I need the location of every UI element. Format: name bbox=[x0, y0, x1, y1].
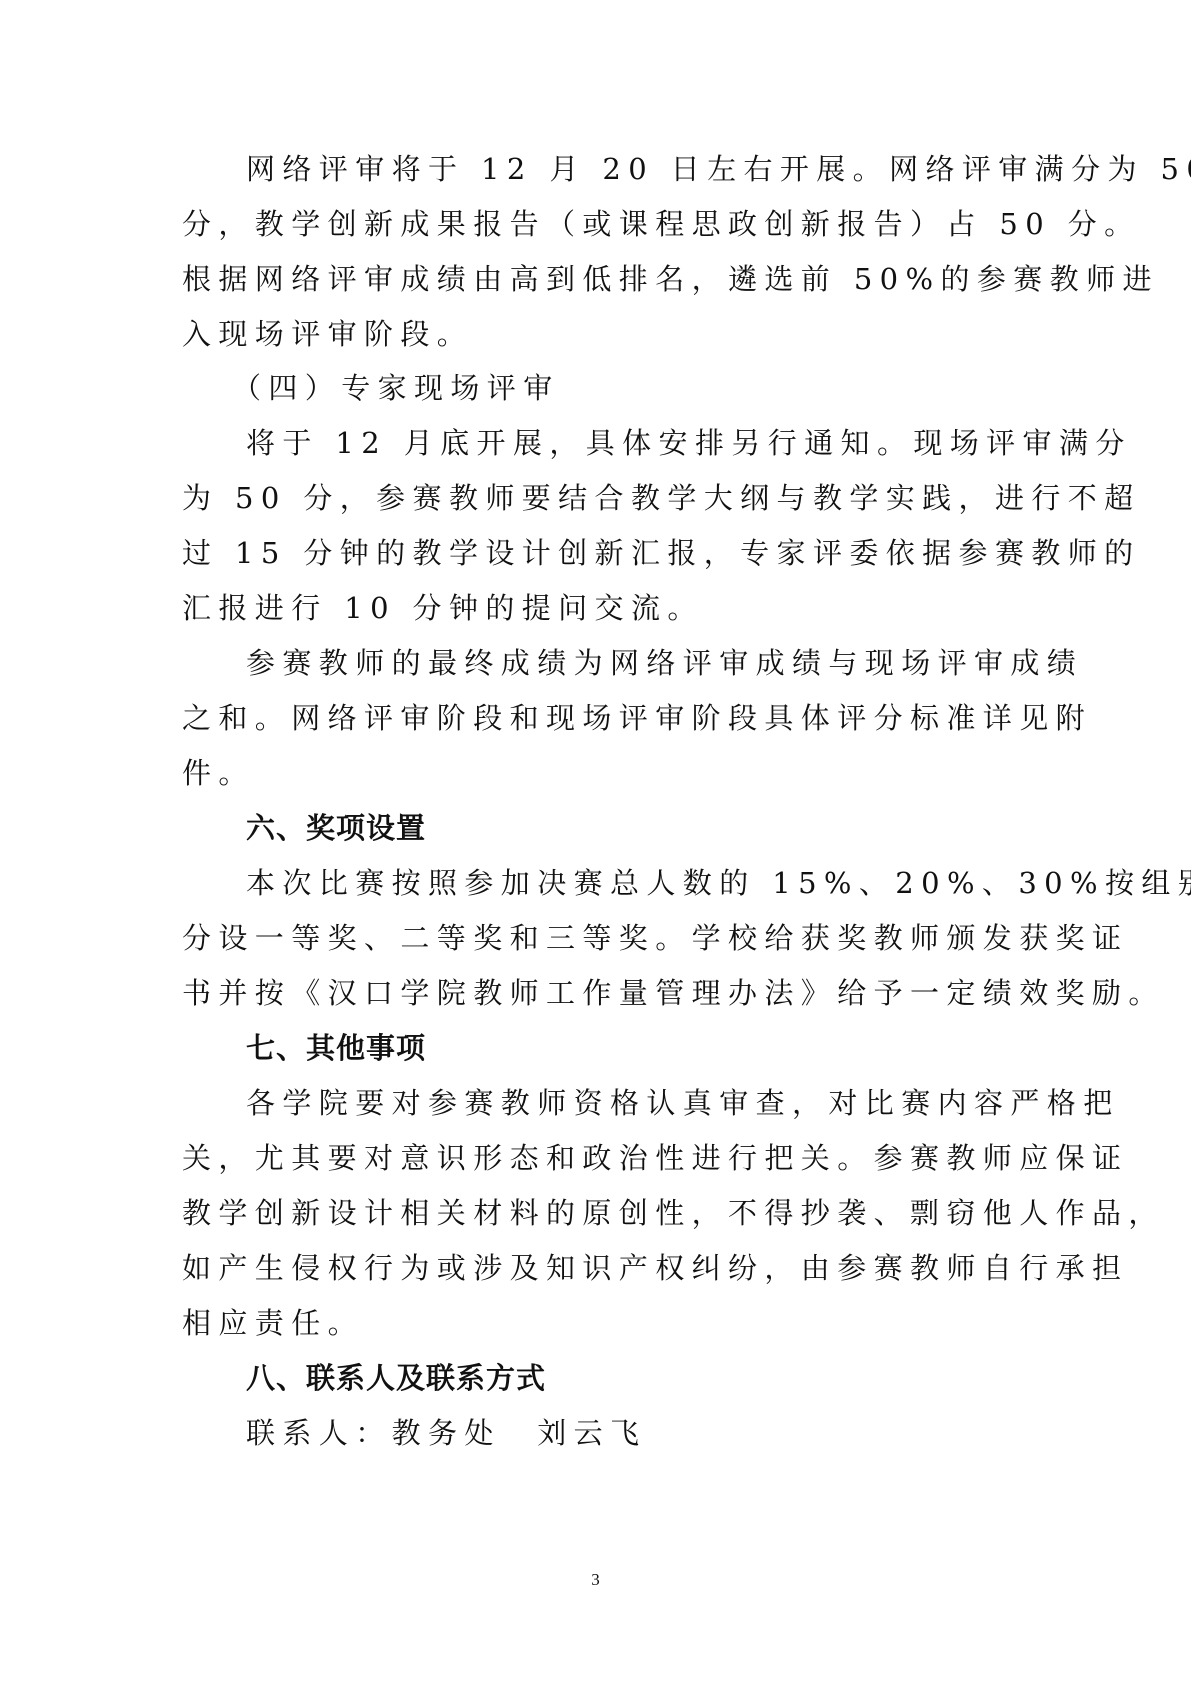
section-heading-other-matters: 七、其他事项 bbox=[246, 1028, 1076, 1068]
section-heading-awards: 六、奖项设置 bbox=[246, 808, 1076, 848]
paragraph-other-matters-line-3: 教学创新设计相关材料的原创性，不得抄袭、剽窃他人作品， bbox=[182, 1193, 1012, 1233]
document-page: 网络评审将于 12 月 20 日左右开展。网络评审满分为 50 分，教学创新成果… bbox=[0, 0, 1191, 1684]
paragraph-onsite-review-line-4: 汇报进行 10 分钟的提问交流。 bbox=[182, 588, 1012, 628]
paragraph-other-matters-line-1: 各学院要对参赛教师资格认真审查，对比赛内容严格把 bbox=[246, 1083, 1076, 1123]
paragraph-awards-line-3: 书并按《汉口学院教师工作量管理办法》给予一定绩效奖励。 bbox=[182, 973, 1012, 1013]
paragraph-network-review-line-3: 根据网络评审成绩由高到低排名，遴选前 50%的参赛教师进 bbox=[182, 259, 1012, 299]
paragraph-other-matters-line-4: 如产生侵权行为或涉及知识产权纠纷，由参赛教师自行承担 bbox=[182, 1248, 1012, 1288]
paragraph-awards-line-1: 本次比赛按照参加决赛总人数的 15%、20%、30%按组别 bbox=[246, 863, 1076, 903]
paragraph-other-matters-line-5: 相应责任。 bbox=[182, 1303, 1012, 1343]
paragraph-final-score-line-1: 参赛教师的最终成绩为网络评审成绩与现场评审成绩 bbox=[246, 643, 1076, 683]
contact-person-line: 联系人：教务处 刘云飞 bbox=[246, 1413, 1076, 1453]
paragraph-onsite-review-line-2: 为 50 分，参赛教师要结合教学大纲与教学实践，进行不超 bbox=[182, 478, 1012, 518]
subheading-expert-onsite-review: （四）专家现场评审 bbox=[232, 368, 1062, 408]
page-number: 3 bbox=[0, 1570, 1191, 1590]
paragraph-final-score-line-3: 件。 bbox=[182, 753, 1012, 793]
paragraph-onsite-review-line-3: 过 15 分钟的教学设计创新汇报，专家评委依据参赛教师的 bbox=[182, 533, 1012, 573]
paragraph-other-matters-line-2: 关，尤其要对意识形态和政治性进行把关。参赛教师应保证 bbox=[182, 1138, 1012, 1178]
paragraph-network-review-line-4: 入现场评审阶段。 bbox=[182, 314, 1012, 354]
paragraph-network-review-line-2: 分，教学创新成果报告（或课程思政创新报告）占 50 分。 bbox=[182, 204, 1012, 244]
paragraph-final-score-line-2: 之和。网络评审阶段和现场评审阶段具体评分标准详见附 bbox=[182, 698, 1012, 738]
paragraph-network-review-line-1: 网络评审将于 12 月 20 日左右开展。网络评审满分为 50 bbox=[246, 149, 1076, 189]
section-heading-contact: 八、联系人及联系方式 bbox=[246, 1358, 1076, 1398]
paragraph-awards-line-2: 分设一等奖、二等奖和三等奖。学校给获奖教师颁发获奖证 bbox=[182, 918, 1012, 958]
paragraph-onsite-review-line-1: 将于 12 月底开展，具体安排另行通知。现场评审满分 bbox=[246, 423, 1076, 463]
